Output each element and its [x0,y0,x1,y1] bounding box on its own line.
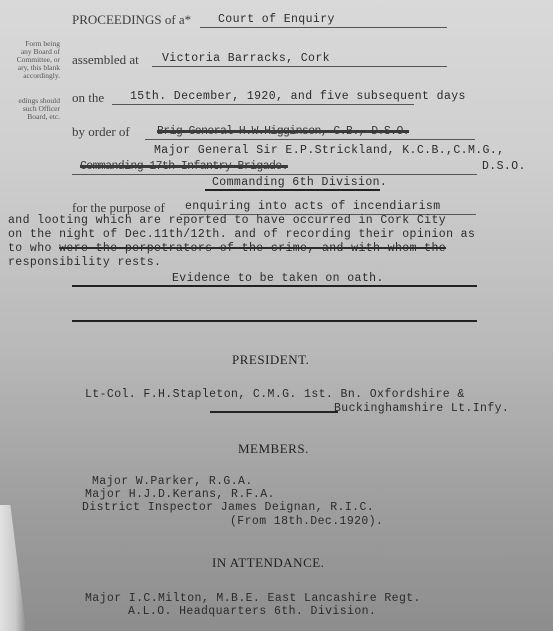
evidence-note: Evidence to be taken on oath. [172,272,384,285]
president-rule [210,411,338,413]
attendance-line: Major I.C.Milton, M.B.E. East Lancashire… [85,592,421,605]
paper-edge-shadow [0,505,26,631]
date-label: on the [72,90,104,106]
order-label: by order of [72,124,130,140]
order-command: Commanding 6th Division. [212,176,387,189]
purpose-line-5: responsibility rests. [8,256,161,269]
order-struck-line-1: Brig-General H.W.Higginson, C.B., D.S.O. [157,125,409,138]
purpose-line-4-plain: to who [8,242,59,255]
purpose-line-4: to who were the perpetrators of the crim… [8,242,446,255]
president-heading: PRESIDENT. [232,352,309,368]
proceedings-value: Court of Enquiry [218,13,335,26]
member-line: Major H.J.D.Kerans, R.F.A. [85,488,275,501]
margin-note-line: Board, etc. [0,113,60,121]
proceedings-label: PROCEEDINGS of a* [72,12,191,28]
assembled-rule [152,66,447,67]
order-replacement-line: Major General Sir E.P.Strickland, K.C.B.… [154,144,504,157]
president-line-2: Buckinghamshire Lt.Infy. [334,402,509,415]
attendance-line: A.L.O. Headquarters 6th. Division. [128,605,376,618]
blank-rule [72,320,477,322]
proceedings-rule [200,27,447,28]
court-of-enquiry-document: Form being any Board of Committee, or ar… [0,0,553,631]
order-struck-line-2: Commanding 17th Infantry Brigade. [80,160,288,173]
assembled-value: Victoria Barracks, Cork [162,52,330,65]
date-rule [112,104,414,105]
date-value: 15th. December, 1920, and five subsequen… [130,90,466,103]
member-line: District Inspector James Deignan, R.I.C. [82,501,374,514]
members-heading: MEMBERS. [238,441,309,457]
margin-note-bottom: edings should such Officer Board, etc. [0,97,60,121]
order-honours: D.S.O. [482,160,526,173]
president-line-1: Lt-Col. F.H.Stapleton, C.M.G. 1st. Bn. O… [85,388,465,401]
purpose-line-2: and looting which are reported to have o… [8,214,446,227]
evidence-rule [72,285,477,287]
attendance-heading: IN ATTENDANCE. [212,555,324,571]
member-line: Major W.Parker, R.G.A. [92,475,253,488]
member-line: (From 18th.Dec.1920). [230,515,383,528]
order-rule-1 [145,139,475,140]
purpose-line-3: on the night of Dec.11th/12th. and of re… [8,228,475,241]
order-command-rule [205,189,380,191]
purpose-line-4-struck: were the perpetrators of the crime, and … [59,242,446,255]
assembled-label: assembled at [72,52,139,68]
margin-note-top: Form being any Board of Committee, or ar… [0,40,60,80]
order-rule-2 [72,174,477,175]
margin-note-line: accordingly. [0,72,60,80]
purpose-line-1: enquiring into acts of incendiarism [185,200,441,213]
